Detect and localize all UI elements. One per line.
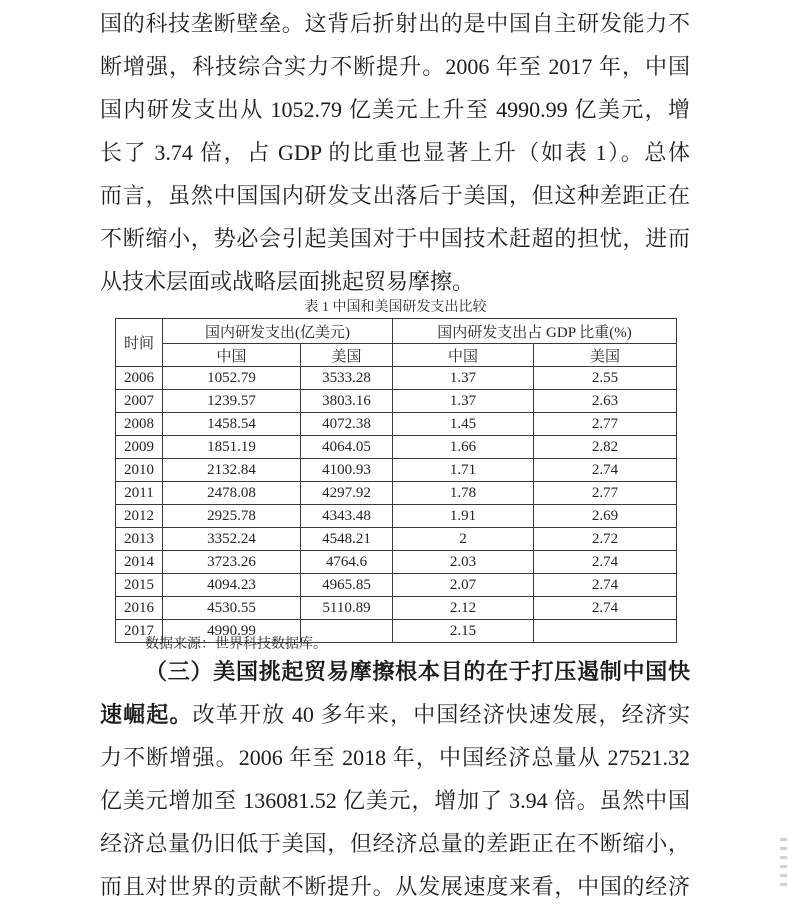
table-cell: 4072.38	[301, 413, 393, 436]
table-cell: 4297.92	[301, 482, 393, 505]
text-line: 国的科技垄断壁垒。这背后折射出的是中国自主研发能力不	[100, 2, 690, 45]
table-row: 20164530.555110.892.122.74	[116, 597, 677, 620]
table-row: 20102132.844100.931.712.74	[116, 459, 677, 482]
table-cell: 2.77	[534, 482, 677, 505]
bold-text: 速崛起。	[100, 702, 193, 727]
table-cell: 3803.16	[301, 390, 393, 413]
table-cell: 1.71	[393, 459, 534, 482]
table-cell: 2.74	[534, 574, 677, 597]
text-line: 断增强，科技综合实力不断提升。2006 年至 2017 年，中国	[100, 45, 690, 88]
table-cell: 3723.26	[163, 551, 301, 574]
text-line: 不断缩小，势必会引起美国对于中国技术赶超的担忧，进而	[100, 217, 690, 260]
table-row: 20143723.264764.62.032.74	[116, 551, 677, 574]
table-cell: 2.82	[534, 436, 677, 459]
table-cell: 2.72	[534, 528, 677, 551]
table-row: 20061052.793533.281.372.55	[116, 367, 677, 390]
table-cell: 2009	[116, 436, 163, 459]
table-cell: 2.55	[534, 367, 677, 390]
col-subheader: 中国	[393, 344, 534, 367]
table-caption: 表 1 中国和美国研发支出比较	[115, 296, 676, 316]
text-line: 而言，虽然中国国内研发支出落后于美国，但这种差距正在	[100, 174, 690, 217]
table-cell	[534, 620, 677, 643]
col-header-rd-expenditure-group: 国内研发支出(亿美元)	[163, 319, 393, 344]
scan-artifact	[780, 838, 787, 888]
table-cell: 2.74	[534, 551, 677, 574]
table-row: 20122925.784343.481.912.69	[116, 505, 677, 528]
bold-text: （三）美国挑起贸易摩擦根本目的在于打压遏制中国快	[145, 659, 690, 684]
table-cell: 3533.28	[301, 367, 393, 390]
col-header-time: 时间	[116, 319, 163, 367]
table-cell: 1458.54	[163, 413, 301, 436]
rd-expenditure-comparison-table: 时间 国内研发支出(亿美元) 国内研发支出占 GDP 比重(%) 中国美国中国美…	[115, 318, 677, 643]
col-subheader: 中国	[163, 344, 301, 367]
table-cell: 4548.21	[301, 528, 393, 551]
text-line: 亿美元增加至 136081.52 亿美元，增加了 3.94 倍。虽然中国	[100, 779, 690, 822]
table-cell: 2.69	[534, 505, 677, 528]
col-subheader: 美国	[301, 344, 393, 367]
table-cell: 2011	[116, 482, 163, 505]
table-cell: 4064.05	[301, 436, 393, 459]
table-cell: 4094.23	[163, 574, 301, 597]
table-cell: 1052.79	[163, 367, 301, 390]
table-cell: 1.91	[393, 505, 534, 528]
table-cell: 2478.08	[163, 482, 301, 505]
text-line: 长了 3.74 倍，占 GDP 的比重也显著上升（如表 1）。总体	[100, 131, 690, 174]
table-cell: 1.37	[393, 367, 534, 390]
table-header-group-row: 时间 国内研发支出(亿美元) 国内研发支出占 GDP 比重(%)	[116, 319, 677, 344]
table-cell: 4100.93	[301, 459, 393, 482]
table-cell: 1.45	[393, 413, 534, 436]
table-cell: 1.37	[393, 390, 534, 413]
table-cell: 2.03	[393, 551, 534, 574]
table-cell: 4530.55	[163, 597, 301, 620]
text-line: 力不断增强。2006 年至 2018 年，中国经济总量从 27521.32	[100, 736, 690, 779]
table-cell: 2007	[116, 390, 163, 413]
text-line: 速崛起。改革开放 40 多年来，中国经济快速发展，经济实	[100, 693, 690, 736]
table-cell: 1.78	[393, 482, 534, 505]
table-cell: 3352.24	[163, 528, 301, 551]
text-line: 国内研发支出从 1052.79 亿美元上升至 4990.99 亿美元，增	[100, 88, 690, 131]
col-subheader: 美国	[534, 344, 677, 367]
table-cell: 2.77	[534, 413, 677, 436]
text-line: 经济总量仍旧低于美国，但经济总量的差距正在不断缩小，	[100, 822, 690, 865]
table-cell: 2015	[116, 574, 163, 597]
table-cell: 2008	[116, 413, 163, 436]
table-cell: 2.12	[393, 597, 534, 620]
table-cell: 4343.48	[301, 505, 393, 528]
table-row: 20081458.544072.381.452.77	[116, 413, 677, 436]
table-cell: 2.74	[534, 597, 677, 620]
table-row: 20112478.084297.921.782.77	[116, 482, 677, 505]
table-cell: 2132.84	[163, 459, 301, 482]
table-cell: 2.74	[534, 459, 677, 482]
table-cell: 2012	[116, 505, 163, 528]
table-cell: 2006	[116, 367, 163, 390]
table-cell: 4965.85	[301, 574, 393, 597]
table-cell: 1.66	[393, 436, 534, 459]
table-row: 20071239.573803.161.372.63	[116, 390, 677, 413]
table-row: 20133352.244548.2122.72	[116, 528, 677, 551]
table-cell: 2	[393, 528, 534, 551]
col-header-gdp-share-group: 国内研发支出占 GDP 比重(%)	[393, 319, 677, 344]
table-header-sub-row: 中国美国中国美国	[116, 344, 677, 367]
paragraph-section-three: （三）美国挑起贸易摩擦根本目的在于打压遏制中国快速崛起。改革开放 40 多年来，…	[100, 650, 690, 908]
table-cell: 2925.78	[163, 505, 301, 528]
table-cell: 1851.19	[163, 436, 301, 459]
text-line: （三）美国挑起贸易摩擦根本目的在于打压遏制中国快	[100, 650, 690, 693]
table-cell: 2010	[116, 459, 163, 482]
table-row: 20154094.234965.852.072.74	[116, 574, 677, 597]
text-line: 而且对世界的贡献不断提升。从发展速度来看，中国的经济	[100, 865, 690, 908]
table-cell: 2.07	[393, 574, 534, 597]
table-cell: 1239.57	[163, 390, 301, 413]
table-cell: 2014	[116, 551, 163, 574]
table-cell: 2016	[116, 597, 163, 620]
table-cell: 4764.6	[301, 551, 393, 574]
table-row: 20091851.194064.051.662.82	[116, 436, 677, 459]
table-cell: 2013	[116, 528, 163, 551]
table-cell: 2.63	[534, 390, 677, 413]
table-cell: 5110.89	[301, 597, 393, 620]
table-cell: 2.15	[393, 620, 534, 643]
paragraph-rd-capability: 国的科技垄断壁垒。这背后折射出的是中国自主研发能力不断增强，科技综合实力不断提升…	[100, 2, 690, 303]
